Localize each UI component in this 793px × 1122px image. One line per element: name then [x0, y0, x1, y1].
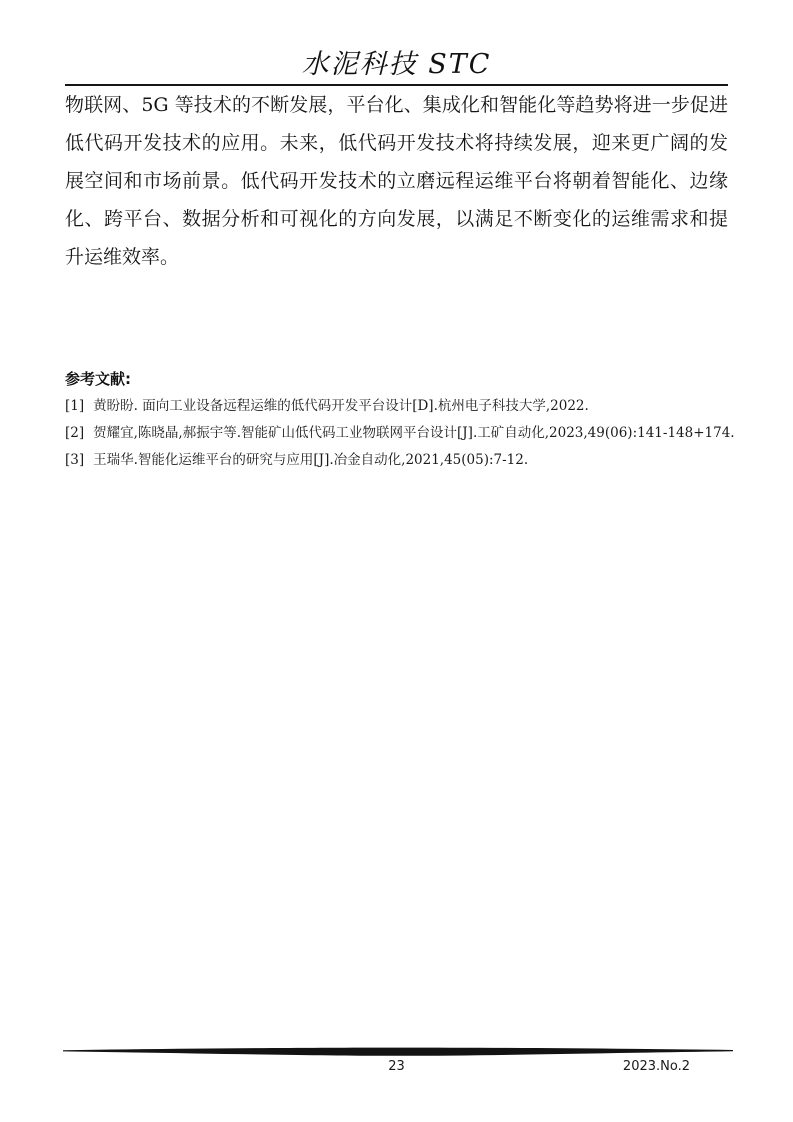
journal-page: 水泥科技 STC 物联网、5G 等技术的不断发展，平台化、集成化和智能化等趋势将… [0, 0, 793, 1122]
issue-label: 2023.No.2 [623, 1059, 690, 1074]
reference-text: 王瑞华.智能化运维平台的研究与应用[J].冶金自动化,2021,45(05):7… [93, 447, 737, 474]
reference-item: [3] 王瑞华.智能化运维平台的研究与应用[J].冶金自动化,2021,45(0… [65, 447, 737, 474]
reference-index: [2] [65, 420, 84, 447]
reference-text: 贺耀宜,陈晓晶,郝振宇等.智能矿山低代码工业物联网平台设计[J].工矿自动化,2… [93, 420, 737, 447]
reference-index: [3] [65, 447, 84, 474]
journal-title: 水泥科技 STC [0, 42, 793, 81]
footer-rule [63, 1046, 733, 1058]
references-list: [1] 黄盼盼. 面向工业设备远程运维的低代码开发平台设计[D].杭州电子科技大… [65, 393, 737, 474]
references-heading: 参考文献: [65, 368, 131, 389]
reference-text: 黄盼盼. 面向工业设备远程运维的低代码开发平台设计[D].杭州电子科技大学,20… [93, 393, 737, 420]
body-paragraph: 物联网、5G 等技术的不断发展，平台化、集成化和智能化等趋势将进一步促进低代码开… [65, 86, 728, 276]
reference-item: [1] 黄盼盼. 面向工业设备远程运维的低代码开发平台设计[D].杭州电子科技大… [65, 393, 737, 420]
reference-index: [1] [65, 393, 84, 420]
reference-item: [2] 贺耀宜,陈晓晶,郝振宇等.智能矿山低代码工业物联网平台设计[J].工矿自… [65, 420, 737, 447]
